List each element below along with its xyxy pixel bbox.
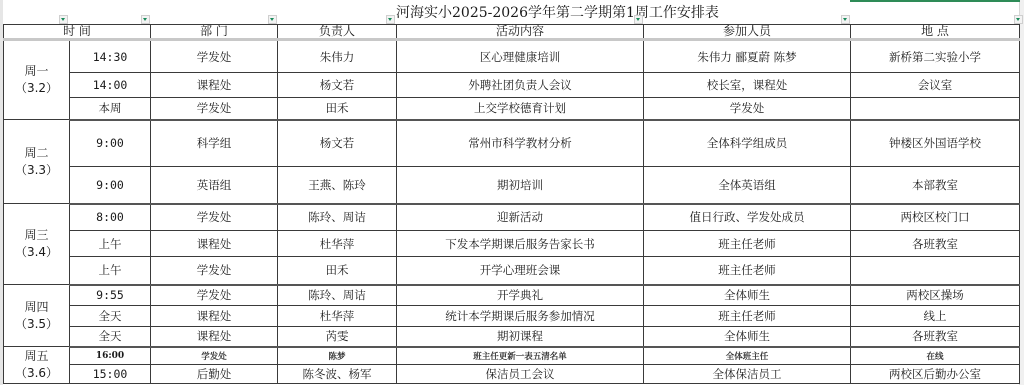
- participants-cell[interactable]: 班主任老师: [644, 257, 851, 285]
- dept-cell[interactable]: 课程处: [151, 231, 278, 257]
- activity-cell[interactable]: 外聘社团负责人会议: [397, 73, 644, 98]
- time-cell[interactable]: 全天: [70, 327, 151, 347]
- participants-cell[interactable]: 全体英语组: [644, 167, 851, 204]
- table-row: 15:00 后勤处 陈冬波、杨军 保洁员工会议 全体保洁员工 两校区后勤办公室: [4, 365, 1020, 384]
- activity-cell[interactable]: 开学典礼: [397, 285, 644, 306]
- filter-dropdown-icon[interactable]: [268, 15, 277, 24]
- table-row: 周四（3.5） 9:55 学发处 陈玲、周诘 开学典礼 全体师生 两校区操场: [4, 285, 1020, 306]
- day-cell[interactable]: 周三（3.4）: [4, 204, 70, 285]
- dept-cell[interactable]: 学发处: [151, 347, 278, 365]
- filter-dropdown-icon[interactable]: [386, 15, 395, 24]
- participants-cell[interactable]: 学发处: [644, 98, 851, 120]
- day-label: 周三: [24, 228, 48, 242]
- filter-dropdown-icon[interactable]: [634, 15, 643, 24]
- location-cell[interactable]: [851, 257, 1020, 285]
- time-cell[interactable]: 9:55: [70, 285, 151, 306]
- participants-cell[interactable]: 全体科学组成员: [644, 120, 851, 167]
- filter-dropdown-icon[interactable]: [841, 15, 850, 24]
- activity-cell[interactable]: 统计本学期课后服务参加情况: [397, 306, 644, 327]
- time-cell[interactable]: 8:00: [70, 204, 151, 231]
- dept-cell[interactable]: 英语组: [151, 167, 278, 204]
- table-row: 全天 课程处 芮雯 期初课程 全体师生 各班教室: [4, 327, 1020, 347]
- owner-cell[interactable]: 陈梦: [278, 347, 397, 365]
- table-row: 周三（3.4） 8:00 学发处 陈玲、周诘 迎新活动 值日行政、学发处成员 两…: [4, 204, 1020, 231]
- location-cell[interactable]: [851, 98, 1020, 120]
- time-cell[interactable]: 16:00: [70, 347, 151, 365]
- time-cell[interactable]: 9:00: [70, 167, 151, 204]
- activity-cell[interactable]: 班主任更新一表五清名单: [397, 347, 644, 365]
- cell-selection-border: [850, 0, 1020, 2]
- participants-cell[interactable]: 班主任老师: [644, 231, 851, 257]
- schedule-table: 时 间 部 门 负责人 活动内容 参加人员 地 点 周一（3.2） 14:30 …: [3, 24, 1020, 384]
- day-label: 周二: [24, 146, 48, 160]
- time-cell[interactable]: 本周: [70, 98, 151, 120]
- time-cell[interactable]: 14:30: [70, 40, 151, 73]
- owner-cell[interactable]: 陈玲、周诘: [278, 204, 397, 231]
- table-row: 本周 学发处 田禾 上交学校德育计划 学发处: [4, 98, 1020, 120]
- day-date: （3.5）: [15, 317, 58, 331]
- owner-cell[interactable]: 杨文若: [278, 120, 397, 167]
- activity-cell[interactable]: 区心理健康培训: [397, 40, 644, 73]
- day-label: 周五: [24, 349, 48, 363]
- day-cell[interactable]: 周五（3.6）: [4, 347, 70, 384]
- day-date: （3.2）: [15, 81, 58, 95]
- activity-cell[interactable]: 期初培训: [397, 167, 644, 204]
- participants-cell[interactable]: 全体保洁员工: [644, 365, 851, 384]
- activity-cell[interactable]: 下发本学期课后服务告家长书: [397, 231, 644, 257]
- activity-cell[interactable]: 常州市科学教材分析: [397, 120, 644, 167]
- location-cell[interactable]: 两校区后勤办公室: [851, 365, 1020, 384]
- day-cell[interactable]: 周四（3.5）: [4, 285, 70, 347]
- activity-cell[interactable]: 期初课程: [397, 327, 644, 347]
- day-cell[interactable]: 周一（3.2）: [4, 40, 70, 120]
- time-cell[interactable]: 全天: [70, 306, 151, 327]
- filter-dropdown-icon[interactable]: [1014, 15, 1023, 24]
- owner-cell[interactable]: 田禾: [278, 98, 397, 120]
- time-cell[interactable]: 15:00: [70, 365, 151, 384]
- table-row: 14:00 课程处 杨文若 外聘社团负责人会议 校长室，课程处 会议室: [4, 73, 1020, 98]
- participants-cell[interactable]: 全体师生: [644, 285, 851, 306]
- table-row: 上午 学发处 田禾 开学心理班会课 班主任老师: [4, 257, 1020, 285]
- header-owner[interactable]: 负责人: [278, 25, 397, 40]
- location-cell[interactable]: 钟楼区外国语学校: [851, 120, 1020, 167]
- day-label: 周一: [24, 64, 48, 78]
- owner-cell[interactable]: 杜华萍: [278, 231, 397, 257]
- day-label: 周四: [24, 300, 48, 314]
- header-participants[interactable]: 参加人员: [644, 25, 851, 40]
- table-row: 周五（3.6） 16:00 学发处 陈梦 班主任更新一表五清名单 全体班主任 在…: [4, 347, 1020, 365]
- header-dept[interactable]: 部 门: [151, 25, 278, 40]
- participants-cell[interactable]: 全体班主任: [644, 347, 851, 365]
- dept-cell[interactable]: 课程处: [151, 306, 278, 327]
- time-cell[interactable]: 14:00: [70, 73, 151, 98]
- dept-cell[interactable]: 学发处: [151, 40, 278, 73]
- day-date: （3.4）: [15, 245, 58, 259]
- time-cell[interactable]: 上午: [70, 257, 151, 285]
- table-row: 上午 课程处 杜华萍 下发本学期课后服务告家长书 班主任老师 各班教室: [4, 231, 1020, 257]
- participants-cell[interactable]: 班主任老师: [644, 306, 851, 327]
- location-cell[interactable]: 新桥第二实验小学: [851, 40, 1020, 73]
- activity-cell[interactable]: 保洁员工会议: [397, 365, 644, 384]
- owner-cell[interactable]: 芮雯: [278, 327, 397, 347]
- location-cell[interactable]: 两校区操场: [851, 285, 1020, 306]
- table-row: 周一（3.2） 14:30 学发处 朱伟力 区心理健康培训 朱伟力 郦夏蔚 陈梦…: [4, 40, 1020, 73]
- participants-cell[interactable]: 值日行政、学发处成员: [644, 204, 851, 231]
- participants-cell[interactable]: 朱伟力 郦夏蔚 陈梦: [644, 40, 851, 73]
- owner-cell[interactable]: 杨文若: [278, 73, 397, 98]
- location-cell[interactable]: 各班教室: [851, 327, 1020, 347]
- dept-cell[interactable]: 课程处: [151, 73, 278, 98]
- location-cell[interactable]: 线上: [851, 306, 1020, 327]
- owner-cell[interactable]: 王燕、陈玲: [278, 167, 397, 204]
- participants-cell[interactable]: 校长室，课程处: [644, 73, 851, 98]
- header-location[interactable]: 地 点: [851, 25, 1020, 40]
- dept-cell[interactable]: 课程处: [151, 327, 278, 347]
- activity-cell[interactable]: 开学心理班会课: [397, 257, 644, 285]
- filter-dropdown-icon[interactable]: [141, 15, 150, 24]
- header-time[interactable]: 时 间: [4, 25, 151, 40]
- dept-cell[interactable]: 后勤处: [151, 365, 278, 384]
- header-activity[interactable]: 活动内容: [397, 25, 644, 40]
- location-cell[interactable]: 各班教室: [851, 231, 1020, 257]
- table-row: 周二（3.3） 9:00 科学组 杨文若 常州市科学教材分析 全体科学组成员 钟…: [4, 120, 1020, 167]
- time-cell[interactable]: 9:00: [70, 120, 151, 167]
- table-row: 全天 课程处 杜华萍 统计本学期课后服务参加情况 班主任老师 线上: [4, 306, 1020, 327]
- dept-cell[interactable]: 学发处: [151, 98, 278, 120]
- owner-cell[interactable]: 陈冬波、杨军: [278, 365, 397, 384]
- owner-cell[interactable]: 杜华萍: [278, 306, 397, 327]
- location-cell[interactable]: 本部教室: [851, 167, 1020, 204]
- header-row: 时 间 部 门 负责人 活动内容 参加人员 地 点: [4, 25, 1020, 40]
- location-cell[interactable]: 两校区校门口: [851, 204, 1020, 231]
- location-cell[interactable]: 在线: [851, 347, 1020, 365]
- location-cell[interactable]: 会议室: [851, 73, 1020, 98]
- dept-cell[interactable]: 科学组: [151, 120, 278, 167]
- dept-cell[interactable]: 学发处: [151, 257, 278, 285]
- participants-cell[interactable]: 全体师生: [644, 327, 851, 347]
- owner-cell[interactable]: 朱伟力: [278, 40, 397, 73]
- filter-dropdown-icon[interactable]: [59, 15, 68, 24]
- dept-cell[interactable]: 学发处: [151, 204, 278, 231]
- owner-cell[interactable]: 田禾: [278, 257, 397, 285]
- dept-cell[interactable]: 学发处: [151, 285, 278, 306]
- day-date: （3.6）: [15, 366, 58, 380]
- sheet-title[interactable]: 河海实小2025-2026学年第二学期第1周工作安排表: [396, 3, 850, 23]
- activity-cell[interactable]: 上交学校德育计划: [397, 98, 644, 120]
- day-date: （3.3）: [15, 163, 58, 177]
- activity-cell[interactable]: 迎新活动: [397, 204, 644, 231]
- spreadsheet-view: 河海实小2025-2026学年第二学期第1周工作安排表 时 间 部 门 负责人 …: [0, 0, 1024, 385]
- time-cell[interactable]: 上午: [70, 231, 151, 257]
- table-row: 9:00 英语组 王燕、陈玲 期初培训 全体英语组 本部教室: [4, 167, 1020, 204]
- day-cell[interactable]: 周二（3.3）: [4, 120, 70, 204]
- owner-cell[interactable]: 陈玲、周诘: [278, 285, 397, 306]
